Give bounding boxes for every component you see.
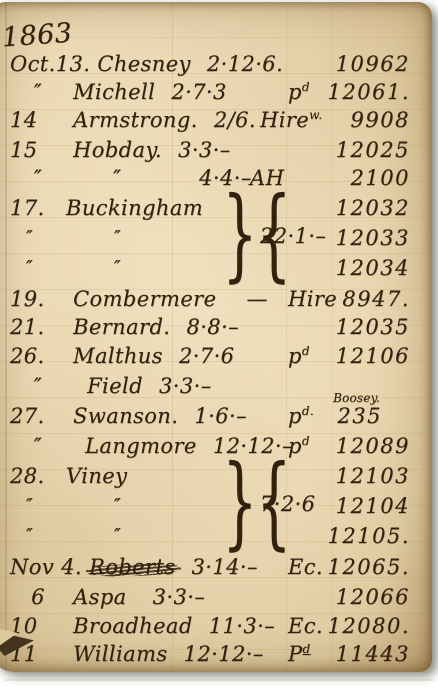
entry-date: ″ <box>10 434 66 458</box>
marker-base: P <box>288 642 303 666</box>
entry-note: Boosey. <box>333 391 380 405</box>
entry-name: Bernard. <box>73 315 170 339</box>
entry-date: 6 <box>10 585 66 609</box>
entry-date: 17. <box>10 196 45 220</box>
entry-name: Malthus <box>73 344 163 368</box>
table-edge-highlight <box>4 679 434 681</box>
entry-amount: 2·7·6 <box>179 344 234 368</box>
entry-name: Broadhead <box>73 614 193 638</box>
entry-date: 10 <box>10 614 66 638</box>
ditto-mark: ″ <box>26 227 33 248</box>
ditto-mark: ″ <box>26 257 33 278</box>
ledger-entry-row: 14 Armstrong. 2/6. Hirew. 9908 <box>10 108 410 136</box>
entry-name-crossed-out: Roberts <box>89 555 175 579</box>
ledger-entry-row: 27. Swanson. 1·6·– pd. Boosey. 235 <box>10 404 410 432</box>
serial-number: 8947. <box>310 287 410 311</box>
entry-name: Roberts <box>89 555 175 579</box>
marker-superscript: d <box>302 80 310 94</box>
entry-date: 28. <box>10 464 45 488</box>
ditto-mark: ″ <box>114 257 121 278</box>
payment-marker: pd <box>288 344 310 368</box>
serial-number: 12106 <box>310 344 410 368</box>
payment-marker: Pd <box>288 642 311 666</box>
serial-number: 12065. <box>310 555 410 579</box>
entry-amount: 1·6·– <box>194 404 247 428</box>
ledger-group-entry: 28. Viney ″ ″ ″ ″ } 7·2·6 { 12103 12104 … <box>10 464 410 554</box>
brace-right-icon: } <box>222 184 257 284</box>
ledger-entry-row: 19. Combermere — Hire 8947. <box>10 287 410 315</box>
entry-amount: 11·3·– <box>209 614 275 638</box>
entry-date: ″ <box>10 166 66 190</box>
entry-name: Langmore <box>85 434 197 458</box>
entry-name: Viney <box>66 464 127 488</box>
year-heading: 1863 <box>1 18 73 54</box>
serial-number: 10962 <box>310 52 410 76</box>
entry-amount: 3·3·– <box>159 374 212 398</box>
entry-date: Nov 4. <box>10 555 82 579</box>
ledger-entry-row: Nov 4. Roberts 3·14·– Ec. 12065. <box>10 555 410 583</box>
entry-name: Hobday. <box>73 138 162 162</box>
serial-number: 9908 <box>310 108 410 132</box>
entry-name: Buckingham <box>66 196 203 220</box>
serial-number: 11443 <box>310 642 410 666</box>
serial-number: 12035 <box>310 315 410 339</box>
entry-date: 27. <box>10 404 66 428</box>
entry-amount: 8·8·– <box>186 315 239 339</box>
entry-date: 21. <box>10 315 66 339</box>
serial-number: 12032 <box>306 193 410 223</box>
ditto-mark: ″ <box>114 495 121 516</box>
ledger-entry-row: 6 Aspa 3·3·– 12066 <box>10 585 410 613</box>
entry-amount: 3·14·– <box>192 555 258 579</box>
entry-name: Combermere <box>73 287 216 311</box>
brace-left-icon: { <box>256 452 291 552</box>
serial-number: 12061. <box>310 80 410 104</box>
ditto-mark: ″ <box>26 525 33 546</box>
entry-name: Armstrong. <box>73 108 198 132</box>
entry-name: Swanson. <box>73 404 178 428</box>
marker-superscript: d <box>302 434 310 448</box>
ledger-entry-row: ″ Michell 2·7·3 pd 12061. <box>10 80 410 108</box>
entry-date: Oct.13. <box>10 52 90 76</box>
marker-base: p <box>288 80 302 104</box>
serial-number: 235 <box>282 404 382 428</box>
brace-left-icon: { <box>256 184 291 284</box>
ledger-group-entry: 17. Buckingham ″ ″ ″ ″ } 22·1·– { 12032 … <box>10 196 410 286</box>
entry-name: Aspa <box>73 585 127 609</box>
entry-name: Michell <box>73 80 155 104</box>
ledger-entry-row: ″ ″ 4·4·– AH 2100 <box>10 166 410 194</box>
serial-number: 12066 <box>310 585 410 609</box>
serial-number-stack: 12032 12033 12034 <box>306 193 410 283</box>
ditto-mark: ″ <box>26 495 33 516</box>
ledger-entry-row: 21. Bernard. 8·8·– 12035 <box>10 315 410 343</box>
serial-number-stack: 12103 12104 12105. <box>306 461 410 551</box>
entry-amount: 3·3·– <box>178 138 231 162</box>
entry-amount: 12·12·– <box>184 642 264 666</box>
ledger-entry-row: 26. Malthus 2·7·6 pd 12106 <box>10 344 410 372</box>
entry-amount: — <box>247 287 268 311</box>
ledger-entry-row: Oct.13. Chesney 2·12·6. 10962 <box>10 52 410 80</box>
serial-number: 12104 <box>306 491 410 521</box>
entry-date: ″ <box>10 374 66 398</box>
ledger-entry-row: 15 Hobday. 3·3·– 12025 <box>10 138 410 166</box>
ledger-page: 1863 Oct.13. Chesney 2·12·6. 10962 ″ Mic… <box>0 2 432 672</box>
entry-name: ″ <box>113 166 183 190</box>
serial-number: 12103 <box>306 461 410 491</box>
entry-amount: 2·7·3 <box>171 80 226 104</box>
entry-date: 19. <box>10 287 66 311</box>
entry-amount: 3·3·– <box>153 585 206 609</box>
ledger-entry-row: 11 Williams 12·12·– Pd 11443 <box>10 642 410 670</box>
photo-backdrop: 1863 Oct.13. Chesney 2·12·6. 10962 ″ Mic… <box>0 0 438 688</box>
marker-base: Hire <box>260 108 309 132</box>
entry-name: Williams <box>73 642 168 666</box>
entry-date: ″ <box>10 80 66 104</box>
ledger-entry-row: ″ Langmore 12·12·– pd 12089 <box>10 434 410 462</box>
serial-number: 12033 <box>306 223 410 253</box>
ditto-mark: ″ <box>114 525 121 546</box>
entry-name: Chesney <box>97 52 190 76</box>
entry-date: 15 <box>10 138 66 162</box>
payment-marker: pd <box>288 80 310 104</box>
serial-number: 12034 <box>306 253 410 283</box>
serial-number: 12080. <box>310 614 410 638</box>
serial-number: 2100 <box>310 166 410 190</box>
serial-number: 12025 <box>310 138 410 162</box>
entry-amount: 2/6. <box>214 108 256 132</box>
entry-date: 26. <box>10 344 66 368</box>
brace-right-icon: } <box>222 452 257 552</box>
ledger-entry-row: 10 Broadhead 11·3·– Ec. 12080. <box>10 614 410 642</box>
serial-number: 12105. <box>306 521 410 551</box>
entry-date: 14 <box>10 108 66 132</box>
entry-name: Field <box>87 374 143 398</box>
entry-amount: 2·12·6. <box>207 52 283 76</box>
serial-number: 12089 <box>310 434 410 458</box>
marker-base: p <box>288 344 302 368</box>
ditto-mark: ″ <box>114 227 121 248</box>
marker-superscript: d <box>302 344 310 358</box>
